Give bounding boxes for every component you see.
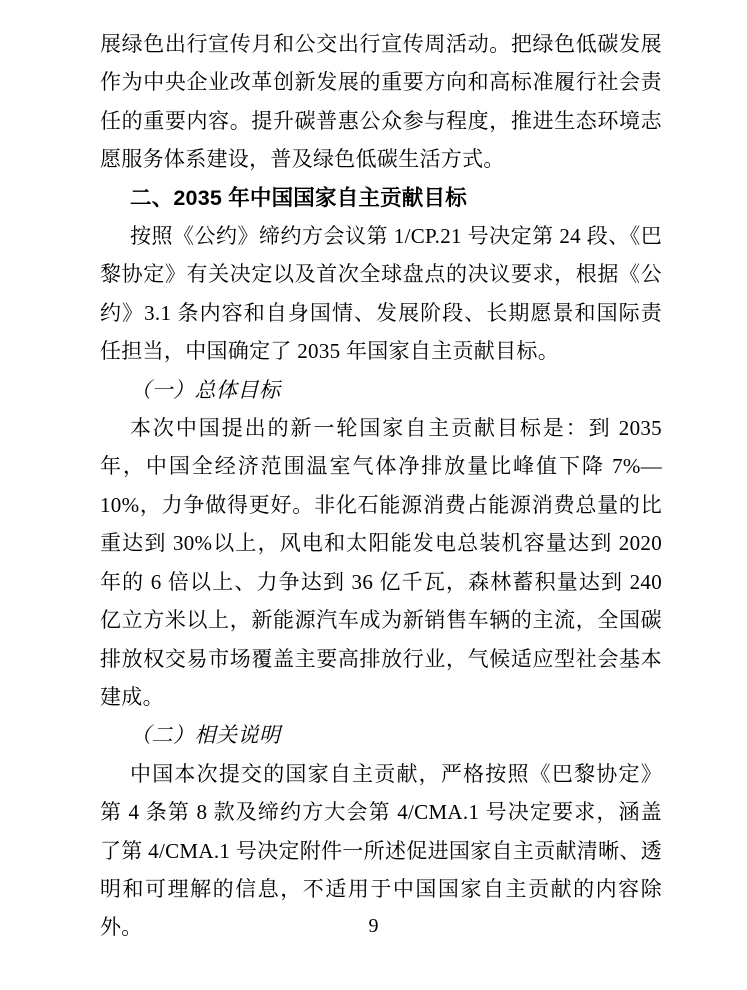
paragraph-overall-targets-detail: 本次中国提出的新一轮国家自主贡献目标是：到 2035 年，中国全经济范围温室气体… <box>100 409 662 716</box>
paragraph-continued-from-previous-page: 展绿色出行宣传月和公交出行宣传周活动。把绿色低碳发展作为中央企业改革创新发展的重… <box>100 25 662 179</box>
section-heading-2035-ndc-targets: 二、2035 年中国国家自主贡献目标 <box>100 179 662 217</box>
document-page: 展绿色出行宣传月和公交出行宣传周活动。把绿色低碳发展作为中央企业改革创新发展的重… <box>0 0 747 990</box>
page-number: 9 <box>0 913 747 939</box>
paragraph-basis-of-targets: 按照《公约》缔约方会议第 1/CP.21 号决定第 24 段、《巴黎协定》有关决… <box>100 217 662 371</box>
text-area: 展绿色出行宣传月和公交出行宣传周活动。把绿色低碳发展作为中央企业改革创新发展的重… <box>100 25 662 947</box>
subheading-overall-targets: （一）总体目标 <box>100 371 662 409</box>
subheading-related-notes: （二）相关说明 <box>100 716 662 754</box>
